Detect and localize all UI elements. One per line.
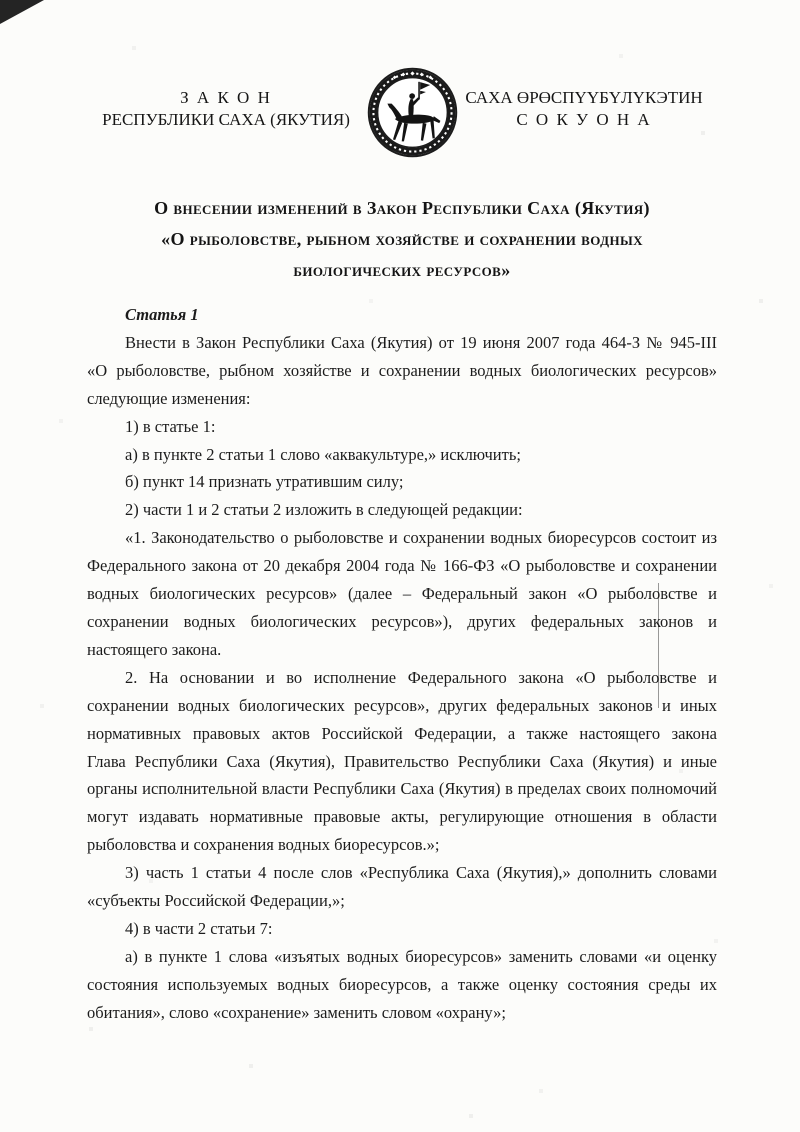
document-body: Статья 1 Внести в Закон Республики Саха … [87, 301, 717, 1027]
header-left-line2: РЕСПУБЛИКИ САХА (ЯКУТИЯ) [86, 109, 366, 131]
header-right-line2: С О К У О Н А [452, 109, 716, 131]
text-line: настоящего закона. [87, 636, 717, 664]
document-title: О внесении изменений в Закон Республики … [87, 193, 717, 286]
text-line: 3) часть 1 статьи 4 после слов «Республи… [87, 859, 717, 887]
article-heading: Статья 1 [87, 301, 717, 329]
text-line: органы исполнительной власти Республики … [87, 775, 717, 803]
text-line: Внести в Закон Республики Саха (Якутия) … [87, 329, 717, 357]
text-line: сохранении водных биологических ресурсов… [87, 608, 717, 636]
text-line: рыболовства и сохранения водных биоресур… [87, 831, 717, 859]
text-line: Федерального закона от 20 декабря 2004 г… [87, 552, 717, 580]
title-line: биологических ресурсов» [87, 255, 717, 286]
text-line: «1. Законодательство о рыболовстве и сох… [87, 524, 717, 552]
text-line: состояния используемых водных биоресурсо… [87, 971, 717, 999]
text-line: а) в пункте 1 слова «изъятых водных биор… [87, 943, 717, 971]
title-line: О внесении изменений в Закон Республики … [87, 193, 717, 224]
text-line: обитания», слово «сохранение» заменить с… [87, 999, 717, 1027]
text-line: «О рыболовстве, рыбном хозяйстве и сохра… [87, 357, 717, 385]
text-line: нормативных правовых актов Российской Фе… [87, 720, 717, 748]
text-line: Глава Республики Саха (Якутия), Правител… [87, 748, 717, 776]
document-page: З А К О Н РЕСПУБЛИКИ САХА (ЯКУТИЯ) [0, 0, 800, 1132]
text-line: б) пункт 14 признать утратившим силу; [87, 468, 717, 496]
header-left-line1: З А К О Н [86, 87, 366, 109]
text-line: сохранении водных биологических ресурсов… [87, 692, 717, 720]
text-line: 4) в части 2 статьи 7: [87, 915, 717, 943]
sakha-seal-icon [366, 66, 459, 159]
text-line: «субъекты Российской Федерации,»; [87, 887, 717, 915]
text-line: водных биологических ресурсов» (далее – … [87, 580, 717, 608]
scan-corner-artifact [0, 0, 44, 24]
title-line: «О рыболовстве, рыбном хозяйстве и сохра… [87, 224, 717, 255]
header-right-line1: САХА ӨРӨСПҮҮБҮЛҮКЭТИН [452, 87, 716, 109]
text-line: могут издавать нормативные правовые акты… [87, 803, 717, 831]
text-line: а) в пункте 2 статьи 1 слово «аквакульту… [87, 441, 717, 469]
text-line: следующие изменения: [87, 385, 717, 413]
header-left: З А К О Н РЕСПУБЛИКИ САХА (ЯКУТИЯ) [86, 87, 366, 131]
scan-noise [0, 0, 2, 2]
text-line: 1) в статье 1: [87, 413, 717, 441]
text-line: 2) части 1 и 2 статьи 2 изложить в следу… [87, 496, 717, 524]
text-line: 2. На основании и во исполнение Федераль… [87, 664, 717, 692]
header-right: САХА ӨРӨСПҮҮБҮЛҮКЭТИН С О К У О Н А [452, 87, 716, 131]
body-lines: Внести в Закон Республики Саха (Якутия) … [87, 329, 717, 1027]
